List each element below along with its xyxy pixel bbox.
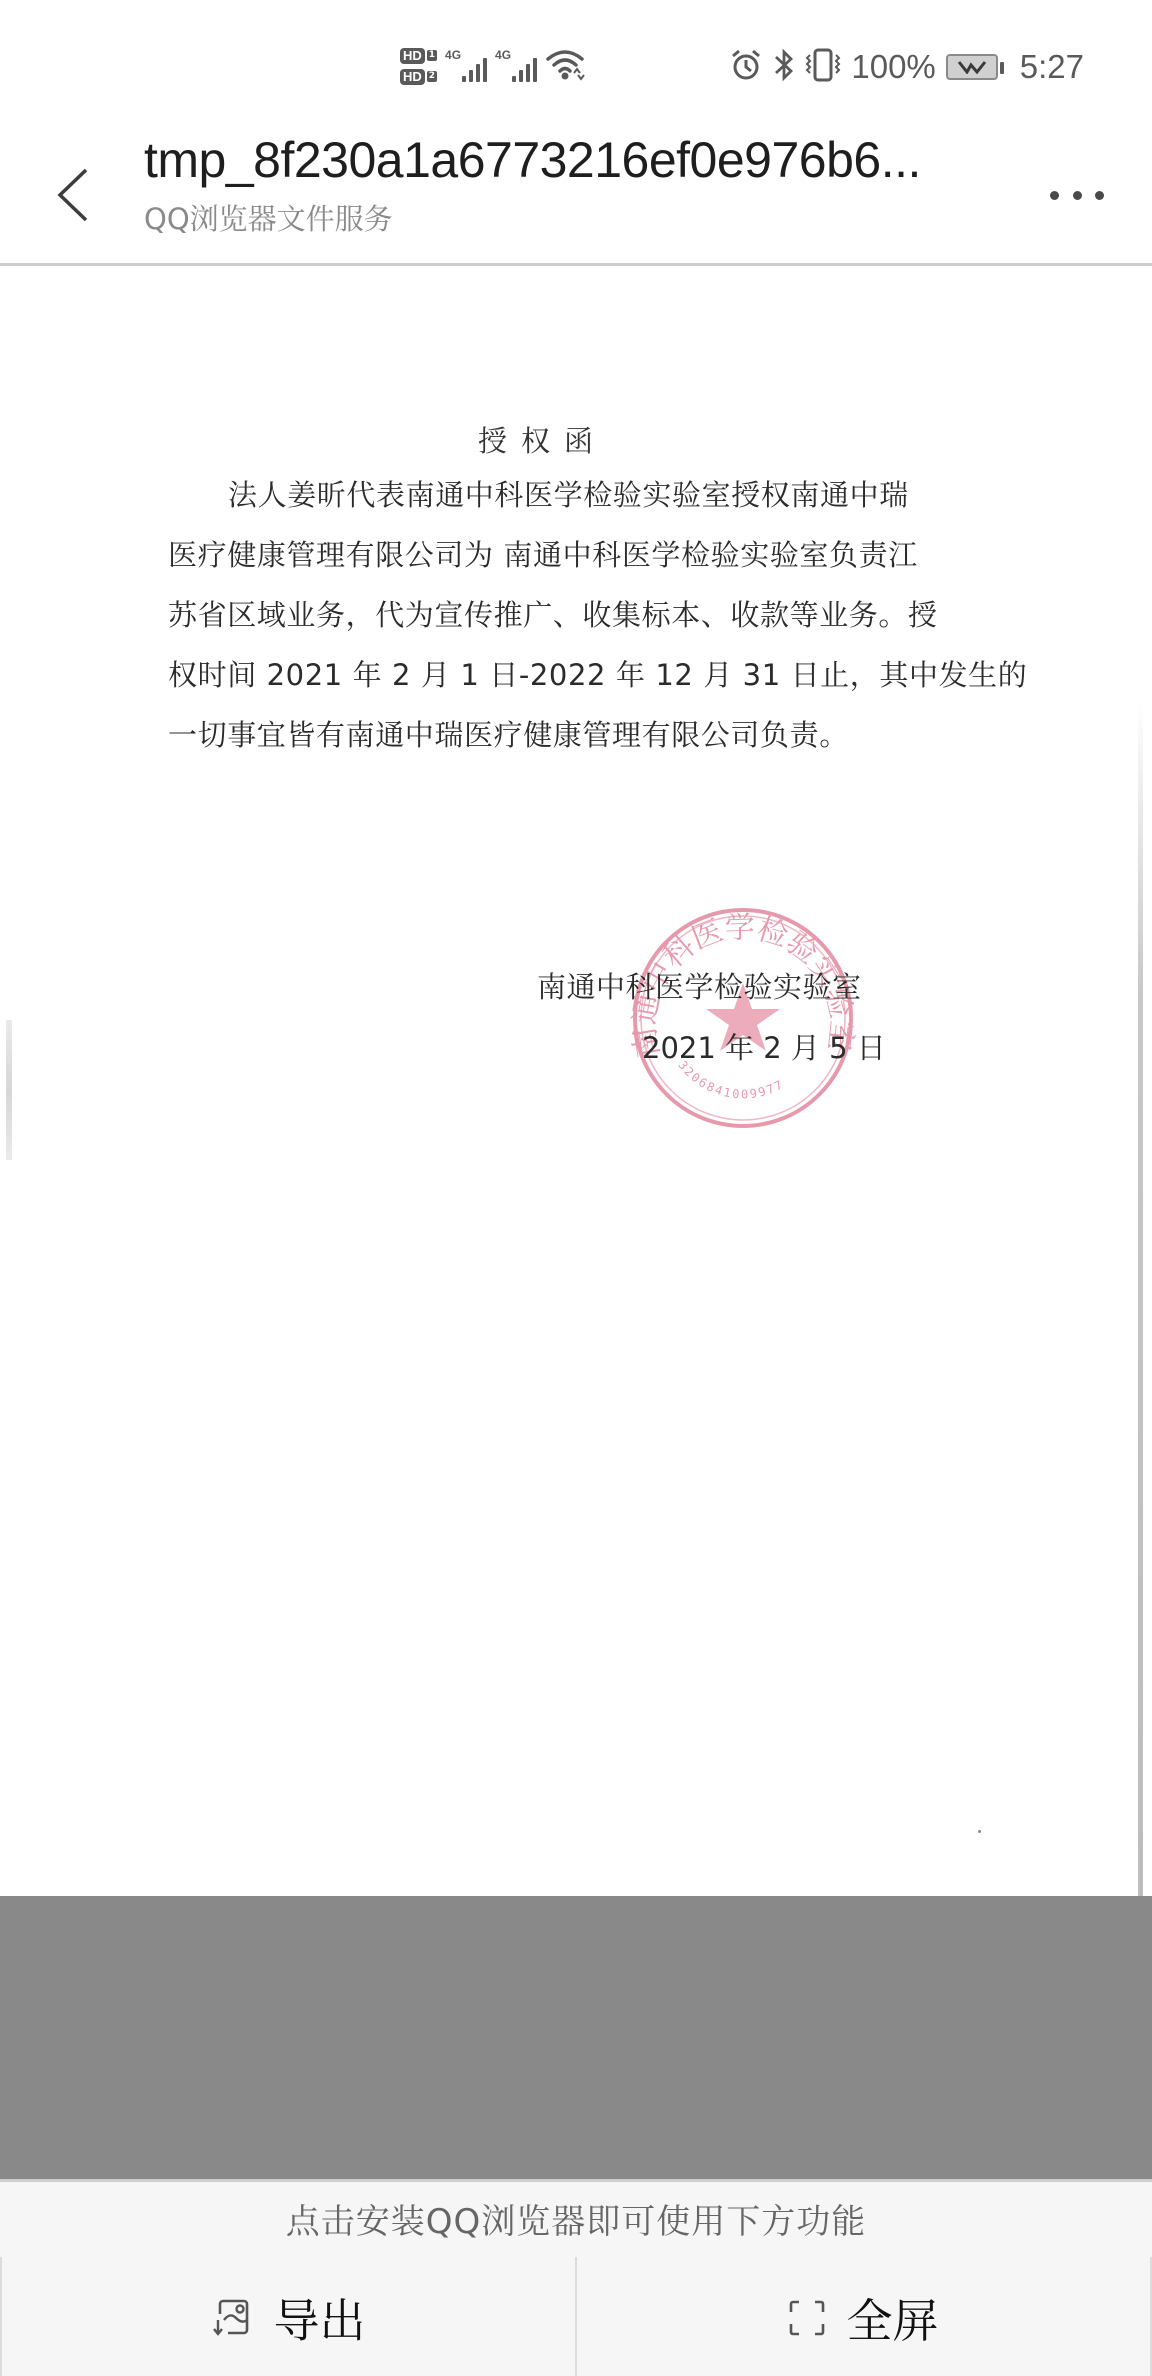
signal-4g-sim2-icon: 4G (495, 48, 537, 84)
more-dots-icon (1050, 191, 1059, 200)
document-line: 一切事宜皆有南通中瑞医疗健康管理有限公司负责。 (168, 705, 976, 765)
document-line: 法人姜昕代表南通中科医学检验实验室授权南通中瑞 (168, 465, 976, 525)
status-right-group: 100% 5:27 (729, 44, 1084, 90)
hd-sim2-icon: HD 2 (400, 69, 437, 85)
fullscreen-button[interactable]: 全屏 (575, 2257, 1150, 2376)
back-button[interactable] (48, 155, 98, 235)
signal-4g-sim1-icon: 4G (445, 48, 487, 84)
app-header: tmp_8f230a1a6773216ef0e976b6... QQ浏览器文件服… (0, 125, 1152, 266)
vibrate-icon (805, 47, 841, 88)
more-options-button[interactable] (1042, 180, 1112, 210)
document-line: 权时间 2021 年 2 月 1 日-2022 年 12 月 31 日止，其中发… (168, 645, 976, 705)
signature-organization: 南通中科医学检验实验室 (537, 965, 862, 1006)
scan-speck (978, 1830, 981, 1833)
file-source-subtitle: QQ浏览器文件服务 (144, 197, 393, 238)
scan-artifact (6, 1020, 12, 1160)
document-line: 医疗健康管理有限公司为 南通中科医学检验实验室负责江 (168, 525, 976, 585)
fullscreen-icon (789, 2300, 825, 2336)
alarm-icon (729, 48, 763, 87)
install-qq-browser-hint[interactable]: 点击安装QQ浏览器即可使用下方功能 (0, 2194, 1152, 2243)
action-row: 导出 全屏 (0, 2257, 1152, 2376)
document-body: 法人姜昕代表南通中科医学检验实验室授权南通中瑞 医疗健康管理有限公司为 南通中科… (168, 465, 976, 765)
export-button[interactable]: 导出 (2, 2257, 575, 2376)
export-image-icon (212, 2298, 252, 2338)
document-line: 苏省区域业务，代为宣传推广、收集标本、收款等业务。授 (168, 585, 976, 645)
chevron-left-icon (56, 167, 90, 223)
bottom-toolbar: 点击安装QQ浏览器即可使用下方功能 导出 全屏 (0, 2179, 1152, 2376)
hd-sim1-icon: HD 1 (400, 48, 437, 64)
clock: 5:27 (1020, 48, 1084, 86)
document-title: 授权函 (478, 419, 607, 460)
viewer-background (0, 1896, 1152, 2179)
hd-indicators: HD 1 HD 2 (400, 48, 437, 85)
signature-date: 2021 年 2 月 5 日 (642, 1026, 886, 1067)
fullscreen-label: 全屏 (847, 2285, 939, 2351)
status-left-group: HD 1 HD 2 4G 4G (400, 36, 585, 96)
wifi-icon (545, 47, 585, 85)
export-label: 导出 (274, 2285, 366, 2351)
file-title: tmp_8f230a1a6773216ef0e976b6... (144, 131, 921, 189)
battery-percent: 100% (851, 48, 935, 86)
official-seal: 南通中科医学检验实验室有限公司 3206841009977 (630, 905, 856, 1131)
battery-charging-icon (946, 54, 998, 80)
scan-edge-line (1138, 699, 1143, 1896)
document-viewer[interactable]: 授权函 法人姜昕代表南通中科医学检验实验室授权南通中瑞 医疗健康管理有限公司为 … (0, 269, 1152, 1896)
status-bar: HD 1 HD 2 4G 4G (0, 0, 1152, 125)
bluetooth-icon (773, 47, 795, 88)
